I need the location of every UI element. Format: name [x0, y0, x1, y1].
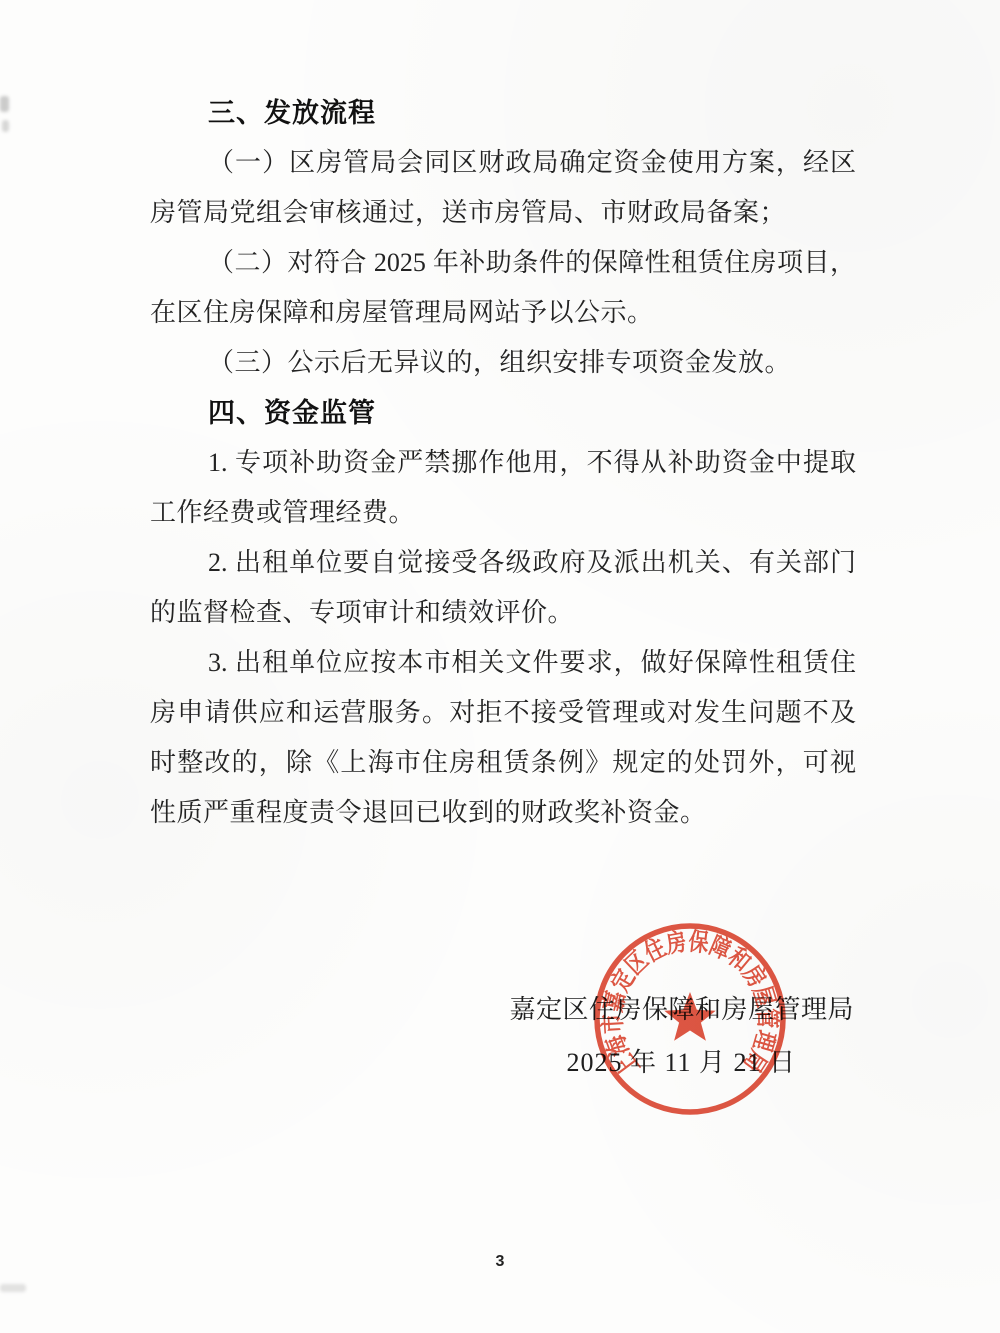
scan-artifact [2, 120, 9, 132]
body-text-line: 房管局党组会审核通过，送市房管局、市财政局备案； [150, 188, 856, 238]
body-text-line: 在区住房保障和房屋管理局网站予以公示。 [150, 288, 856, 338]
body-text-line: （二）对符合 2025 年补助条件的保障性租赁住房项目， [150, 238, 856, 288]
body-text-line: 2. 出租单位要自觉接受各级政府及派出机关、有关部门 [150, 538, 856, 588]
document-body: 三、发放流程（一）区房管局会同区财政局确定资金使用方案，经区房管局党组会审核通过… [150, 88, 856, 838]
body-text-line: 工作经费或管理经费。 [150, 488, 856, 538]
scan-artifact [0, 1284, 26, 1292]
official-seal: 上海市嘉定区住房保障和房屋管理局 [588, 917, 792, 1121]
page-number: 3 [0, 1253, 1000, 1271]
body-text-line: （三）公示后无异议的，组织安排专项资金发放。 [150, 338, 856, 388]
body-text-line: 的监督检查、专项审计和绩效评价。 [150, 588, 856, 638]
section-heading: 四、资金监管 [150, 388, 856, 438]
scan-artifact [0, 96, 9, 112]
body-text-line: 时整改的，除《上海市住房租赁条例》规定的处罚外，可视 [150, 738, 856, 788]
seal-star-icon [664, 992, 715, 1041]
body-text-line: 1. 专项补助资金严禁挪作他用，不得从补助资金中提取 [150, 438, 856, 488]
body-text-line: 性质严重程度责令退回已收到的财政奖补资金。 [150, 788, 856, 838]
body-text-line: 3. 出租单位应按本市相关文件要求，做好保障性租赁住 [150, 638, 856, 688]
body-text-line: （一）区房管局会同区财政局确定资金使用方案，经区 [150, 138, 856, 188]
section-heading: 三、发放流程 [150, 88, 856, 138]
scanned-document-page: 三、发放流程（一）区房管局会同区财政局确定资金使用方案，经区房管局党组会审核通过… [0, 0, 1000, 1333]
body-text-line: 房申请供应和运营服务。对拒不接受管理或对发生问题不及 [150, 688, 856, 738]
